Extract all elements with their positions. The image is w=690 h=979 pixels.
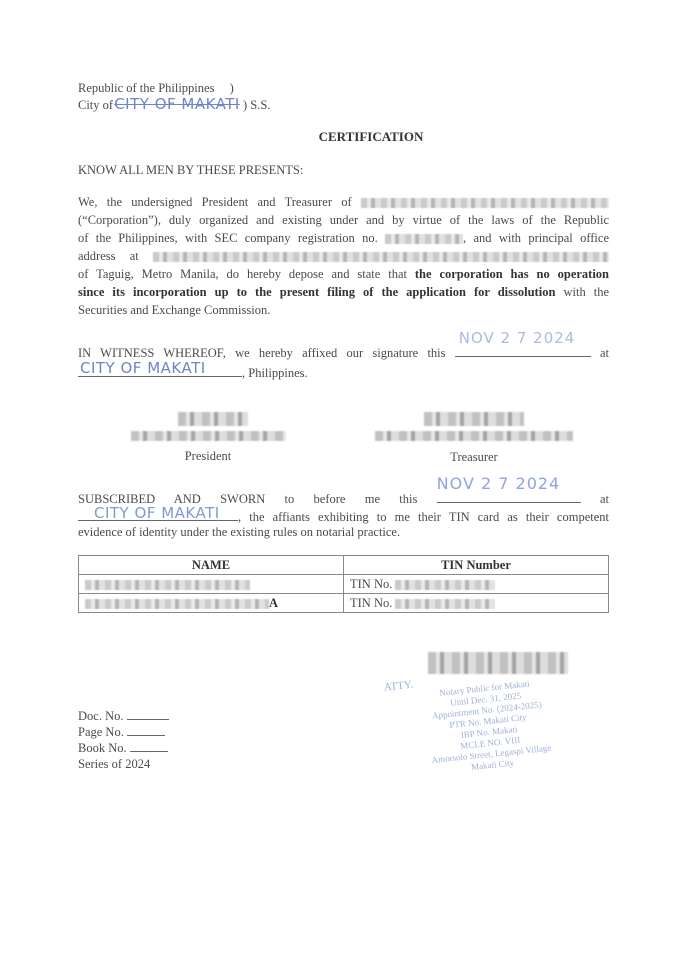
witness-line-2: CITY OF MAKATI , Philippines.: [78, 362, 609, 380]
redacted-tin: [395, 599, 495, 609]
body-text: , and with principal office: [463, 231, 609, 245]
doc-no-line: Doc. No.: [78, 708, 169, 724]
series-label: Series of 2024: [78, 756, 169, 772]
table-row: TIN No.: [79, 575, 609, 594]
body-bold-text: the corporation has no operation: [415, 267, 609, 281]
tin-prefix: TIN No.: [350, 596, 392, 610]
redacted-address: [153, 252, 609, 262]
witness-at: at: [600, 346, 609, 360]
redacted-sec-number: [385, 234, 463, 244]
witness-place-blank: CITY OF MAKATI: [78, 362, 242, 377]
document-title: CERTIFICATION: [0, 129, 690, 145]
country-text: Republic of the Philippines: [78, 81, 214, 95]
body-line-3: of the Philippines, with SEC company reg…: [78, 230, 609, 248]
page-no-blank: [127, 725, 165, 736]
body-text: We, the undersigned President and Treasu…: [78, 195, 352, 209]
doc-no-blank: [127, 709, 169, 720]
tin-header: TIN Number: [344, 556, 609, 575]
jurat-date-blank: NOV 2 7 2024: [437, 490, 581, 503]
witness-place-stamp: CITY OF MAKATI: [80, 360, 206, 376]
body-bold-text: since its incorporation up to the presen…: [78, 285, 555, 299]
book-no-blank: [130, 741, 168, 752]
witness-date-blank: NOV 2 7 2024: [455, 344, 591, 357]
jurat-at: at: [600, 492, 609, 506]
name-cell: A: [79, 594, 344, 613]
body-paragraph: We, the undersigned President and Treasu…: [78, 194, 609, 320]
witness-date-stamp: NOV 2 7 2024: [459, 330, 576, 346]
doc-no-label: Doc. No.: [78, 709, 123, 723]
tin-table: NAME TIN Number TIN No. A TIN No.: [78, 555, 609, 613]
treasurer-signature: [424, 412, 524, 426]
book-no-line: Book No.: [78, 740, 169, 756]
body-line-5: of Taguig, Metro Manila, do hereby depos…: [78, 266, 609, 284]
body-line-4: address at: [78, 248, 609, 266]
redacted-treasurer-name: [375, 431, 573, 441]
page-no-label: Page No.: [78, 725, 124, 739]
table-row: A TIN No.: [79, 594, 609, 613]
body-text: of the Philippines, with SEC company reg…: [78, 231, 378, 245]
redacted-president-name: [131, 431, 286, 441]
city-prefix: City of: [78, 98, 113, 112]
body-text: with the: [563, 285, 609, 299]
jurat-line-2: CITY OF MAKATI , the affiants exhibiting…: [78, 508, 609, 524]
name-cell: [79, 575, 344, 594]
treasurer-label: Treasurer: [374, 449, 574, 465]
jurat-date-stamp: NOV 2 7 2024: [437, 476, 561, 492]
redacted-name: [85, 599, 269, 609]
ss-text: ) S.S.: [243, 98, 270, 112]
tin-prefix: TIN No.: [350, 577, 392, 591]
tin-table-header: NAME TIN Number: [79, 556, 609, 575]
city-stamp: CITY OF MAKATI: [114, 95, 240, 113]
redacted-corporation-name: [361, 198, 609, 208]
name-suffix: A: [269, 596, 278, 610]
name-header: NAME: [79, 556, 344, 575]
body-line-1: We, the undersigned President and Treasu…: [78, 194, 609, 212]
venue-city: City of CITY OF MAKATI ) S.S.: [78, 96, 270, 113]
tin-cell: TIN No.: [344, 575, 609, 594]
witness-text: , Philippines.: [242, 366, 308, 380]
redacted-name: [85, 580, 250, 590]
tin-cell: TIN No.: [344, 594, 609, 613]
venue-country: Republic of the Philippines ): [78, 80, 234, 96]
jurat-place-blank: CITY OF MAKATI: [78, 508, 238, 521]
notarial-register: Doc. No. Page No. Book No. Series of 202…: [78, 708, 169, 772]
body-text: address at: [78, 249, 139, 263]
jurat-line-3: evidence of identity under the existing …: [78, 524, 609, 540]
jurat-text: , the affiants exhibiting to me their TI…: [238, 510, 609, 524]
notary-stamp-text: ATTY. Notary Public for Makati Until Dec…: [383, 662, 592, 781]
body-line-6: since its incorporation up to the presen…: [78, 284, 609, 302]
opening-line: KNOW ALL MEN BY THESE PRESENTS:: [78, 162, 303, 178]
president-signature-block: President: [128, 412, 288, 464]
venue-paren: ): [230, 81, 234, 95]
notary-stamp: ATTY. Notary Public for Makati Until Dec…: [388, 672, 588, 771]
witness-clause: IN WITNESS WHEREOF, we hereby affixed ou…: [78, 344, 609, 380]
page-no-line: Page No.: [78, 724, 169, 740]
book-no-label: Book No.: [78, 741, 127, 755]
jurat-clause: SUBSCRIBED AND SWORN to before me this N…: [78, 490, 609, 540]
body-text: of Taguig, Metro Manila, do hereby depos…: [78, 267, 407, 281]
body-line-7: Securities and Exchange Commission.: [78, 302, 609, 320]
jurat-place-stamp: CITY OF MAKATI: [94, 505, 220, 521]
redacted-tin: [395, 580, 495, 590]
body-line-2: (“Corporation”), duly organized and exis…: [78, 212, 609, 230]
president-label: President: [128, 448, 288, 464]
president-signature: [178, 412, 248, 426]
witness-text: IN WITNESS WHEREOF, we hereby affixed ou…: [78, 346, 446, 360]
treasurer-signature-block: Treasurer: [374, 412, 574, 465]
